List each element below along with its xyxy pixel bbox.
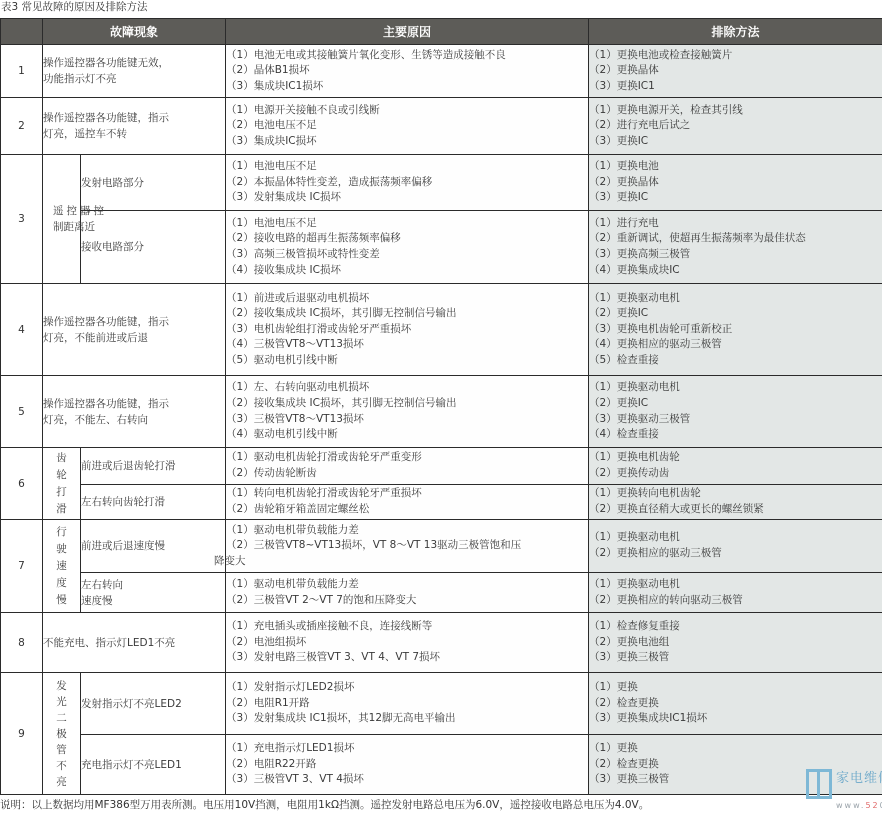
fix-cell: （1）更换驱动电机 （2）更换相应的驱动三极管	[589, 520, 882, 573]
row-number: 2	[1, 98, 43, 155]
sub-symptom-cell: 发射指示灯不亮LED2	[81, 673, 226, 735]
table-row: 5 操作遥控器各功能键，指示 灯亮，不能左、右转向 （1）左、右转向驱动电机损坏…	[1, 376, 882, 448]
fix-cell: （1）检查修复重接 （2）更换电池组 （3）更换三极管	[589, 613, 882, 673]
row-number: 1	[1, 45, 43, 98]
header-cause: 主要原因	[226, 19, 589, 45]
table-row: 3 遥控器控 制距离近 发射电路部分 （1）电池电压不足 （2）本振晶体特性变差…	[1, 155, 882, 211]
sub-symptom-cell: 充电指示灯不亮LED1	[81, 735, 226, 795]
sub-symptom-cell: 前进或后退速度慢	[81, 520, 226, 573]
cause-cell: （1）前进或后退驱动电机损坏 （2）接收集成块 IC损坏，其引脚无控制信号输出 …	[226, 284, 589, 376]
fix-cell: （1）更换驱动电机 （2）更换相应的转向驱动三极管	[589, 573, 882, 613]
row-number: 5	[1, 376, 43, 448]
fix-cell: （1）更换电机齿轮 （2）更换传动齿	[589, 448, 882, 485]
fix-cell: （1）更换转向电机齿轮 （2）更换直径稍大或更长的螺丝锁紧	[589, 485, 882, 520]
header-fix: 排除方法	[589, 19, 882, 45]
row-number: 8	[1, 613, 43, 673]
cause-cell: （1）转向电机齿轮打滑或齿轮牙严重损坏 （2）齿轮箱牙箱盖固定螺丝松	[226, 485, 589, 520]
sub-symptom-cell: 发射电路部分	[81, 155, 226, 211]
header-symptom: 故障现象	[43, 19, 226, 45]
table-row: 1 操作遥控器各功能键无效， 功能指示灯不亮 （1）电池无电或其接触簧片氧化变形…	[1, 45, 882, 98]
cause-cell: （1）驱动电机齿轮打滑或齿轮牙严重变形 （2）传动齿轮断齿	[226, 448, 589, 485]
fix-cell: （1）更换驱动电机 （2）更换IC （3）更换驱动三极管 （4）检查重接	[589, 376, 882, 448]
watermark-url: www.520101.com	[836, 801, 882, 810]
header-number	[1, 19, 43, 45]
table-row: 充电指示灯不亮LED1 （1）充电指示灯LED1损坏 （2）电阻R22开路 （3…	[1, 735, 882, 795]
row-number: 4	[1, 284, 43, 376]
cause-cell: （1）充电指示灯LED1损坏 （2）电阻R22开路 （3）三极管VT 3、VT …	[226, 735, 589, 795]
table-row: 8 不能充电、指示灯LED1不亮 （1）充电插头或插座接触不良，连接线断等 （2…	[1, 613, 882, 673]
symptom-cell: 操作遥控器各功能键，指示 灯亮，不能左、右转向	[43, 376, 226, 448]
symptom-cell: 操作遥控器各功能键，指示 灯亮，不能前进或后退	[43, 284, 226, 376]
fault-table: 故障现象 主要原因 排除方法 1 操作遥控器各功能键无效， 功能指示灯不亮 （1…	[0, 18, 882, 795]
symptom-cell: 操作遥控器各功能键，指示 灯亮，遥控车不转	[43, 98, 226, 155]
cause-cell: （1）发射指示灯LED2损坏 （2）电阻R1开路 （3）发射集成块 IC1损坏，…	[226, 673, 589, 735]
row-number: 7	[1, 520, 43, 613]
fix-cell: （1）更换电池 （2）更换晶体 （3）更换IC	[589, 155, 882, 211]
symptom-cell: 不能充电、指示灯LED1不亮	[43, 613, 226, 673]
fix-cell: （1）更换 （2）检查更换 （3）更换三极管	[589, 735, 882, 795]
cause-cell: （1）驱动电机带负载能力差 （2）三极管VT8~VT13损坏，VT 8～VT 1…	[226, 520, 589, 573]
table-row: 7 行 驶 速 度 慢 前进或后退速度慢 （1）驱动电机带负载能力差 （2）三极…	[1, 520, 882, 573]
symptom-group-cell: 齿 轮 打 滑	[43, 448, 81, 520]
sub-symptom-cell: 接收电路部分	[81, 211, 226, 284]
table-row: 6 齿 轮 打 滑 前进或后退齿轮打滑 （1）驱动电机齿轮打滑或齿轮牙严重变形 …	[1, 448, 882, 485]
row-number: 3	[1, 155, 43, 284]
table-row: 4 操作遥控器各功能键，指示 灯亮，不能前进或后退 （1）前进或后退驱动电机损坏…	[1, 284, 882, 376]
table-header-row: 故障现象 主要原因 排除方法	[1, 19, 882, 45]
symptom-group-cell: 行 驶 速 度 慢	[43, 520, 81, 613]
fix-cell: （1）进行充电 （2）重新调试，使超再生振荡频率为最佳状态 （3）更换高频三极管…	[589, 211, 882, 284]
sub-symptom-cell: 前进或后退齿轮打滑	[81, 448, 226, 485]
table-row: 左右转向 速度慢 （1）驱动电机带负载能力差 （2）三极管VT 2～VT 7的饱…	[1, 573, 882, 613]
cause-cell: （1）电池电压不足 （2）接收电路的超再生振荡频率偏移 （3）高频三极管损坏或特…	[226, 211, 589, 284]
table-row: 2 操作遥控器各功能键，指示 灯亮，遥控车不转 （1）电源开关接触不良或引线断 …	[1, 98, 882, 155]
fix-cell: （1）更换电源开关，检查其引线 （2）进行充电后试之 （3）更换IC	[589, 98, 882, 155]
table-row: 左右转向齿轮打滑 （1）转向电机齿轮打滑或齿轮牙严重损坏 （2）齿轮箱牙箱盖固定…	[1, 485, 882, 520]
fix-cell: （1）更换 （2）检查更换 （3）更换集成块IC1损坏	[589, 673, 882, 735]
table-row: 9 发 光 二 极 管 不 亮 发射指示灯不亮LED2 （1）发射指示灯LED2…	[1, 673, 882, 735]
cause-cell: （1）充电插头或插座接触不良，连接线断等 （2）电池组损坏 （3）发射电路三极管…	[226, 613, 589, 673]
footnote: 说明：以上数据均用MF386型万用表所测。电压用10V挡测，电阻用1kΩ挡测。遥…	[0, 797, 649, 812]
sub-symptom-cell: 左右转向 速度慢	[81, 573, 226, 613]
cause-cell: （1）电源开关接触不良或引线断 （2）电池电压不足 （3）集成块IC损坏	[226, 98, 589, 155]
fix-cell: （1）更换电池或检查接触簧片 （2）更换晶体 （3）更换IC1	[589, 45, 882, 98]
cause-cell: （1）电池无电或其接触簧片氧化变形、生锈等造成接触不良 （2）晶体B1损坏 （3…	[226, 45, 589, 98]
table-row: 接收电路部分 （1）电池电压不足 （2）接收电路的超再生振荡频率偏移 （3）高频…	[1, 211, 882, 284]
sub-symptom-cell: 左右转向齿轮打滑	[81, 485, 226, 520]
cause-cell: （1）电池电压不足 （2）本振晶体特性变差，造成振荡频率偏移 （3）发射集成块 …	[226, 155, 589, 211]
fix-cell: （1）更换驱动电机 （2）更换IC （3）更换电机齿轮可重新校正 （4）更换相应…	[589, 284, 882, 376]
row-number: 6	[1, 448, 43, 520]
row-number: 9	[1, 673, 43, 795]
symptom-cell: 操作遥控器各功能键无效， 功能指示灯不亮	[43, 45, 226, 98]
table-caption: 表3 常见故障的原因及排除方法	[1, 0, 148, 14]
symptom-group-cell: 遥控器控 制距离近	[43, 155, 81, 284]
symptom-group-cell: 发 光 二 极 管 不 亮	[43, 673, 81, 795]
cause-cell: （1）左、右转向驱动电机损坏 （2）接收集成块 IC损坏，其引脚无控制信号输出 …	[226, 376, 589, 448]
cause-cell: （1）驱动电机带负载能力差 （2）三极管VT 2～VT 7的饱和压降变大	[226, 573, 589, 613]
